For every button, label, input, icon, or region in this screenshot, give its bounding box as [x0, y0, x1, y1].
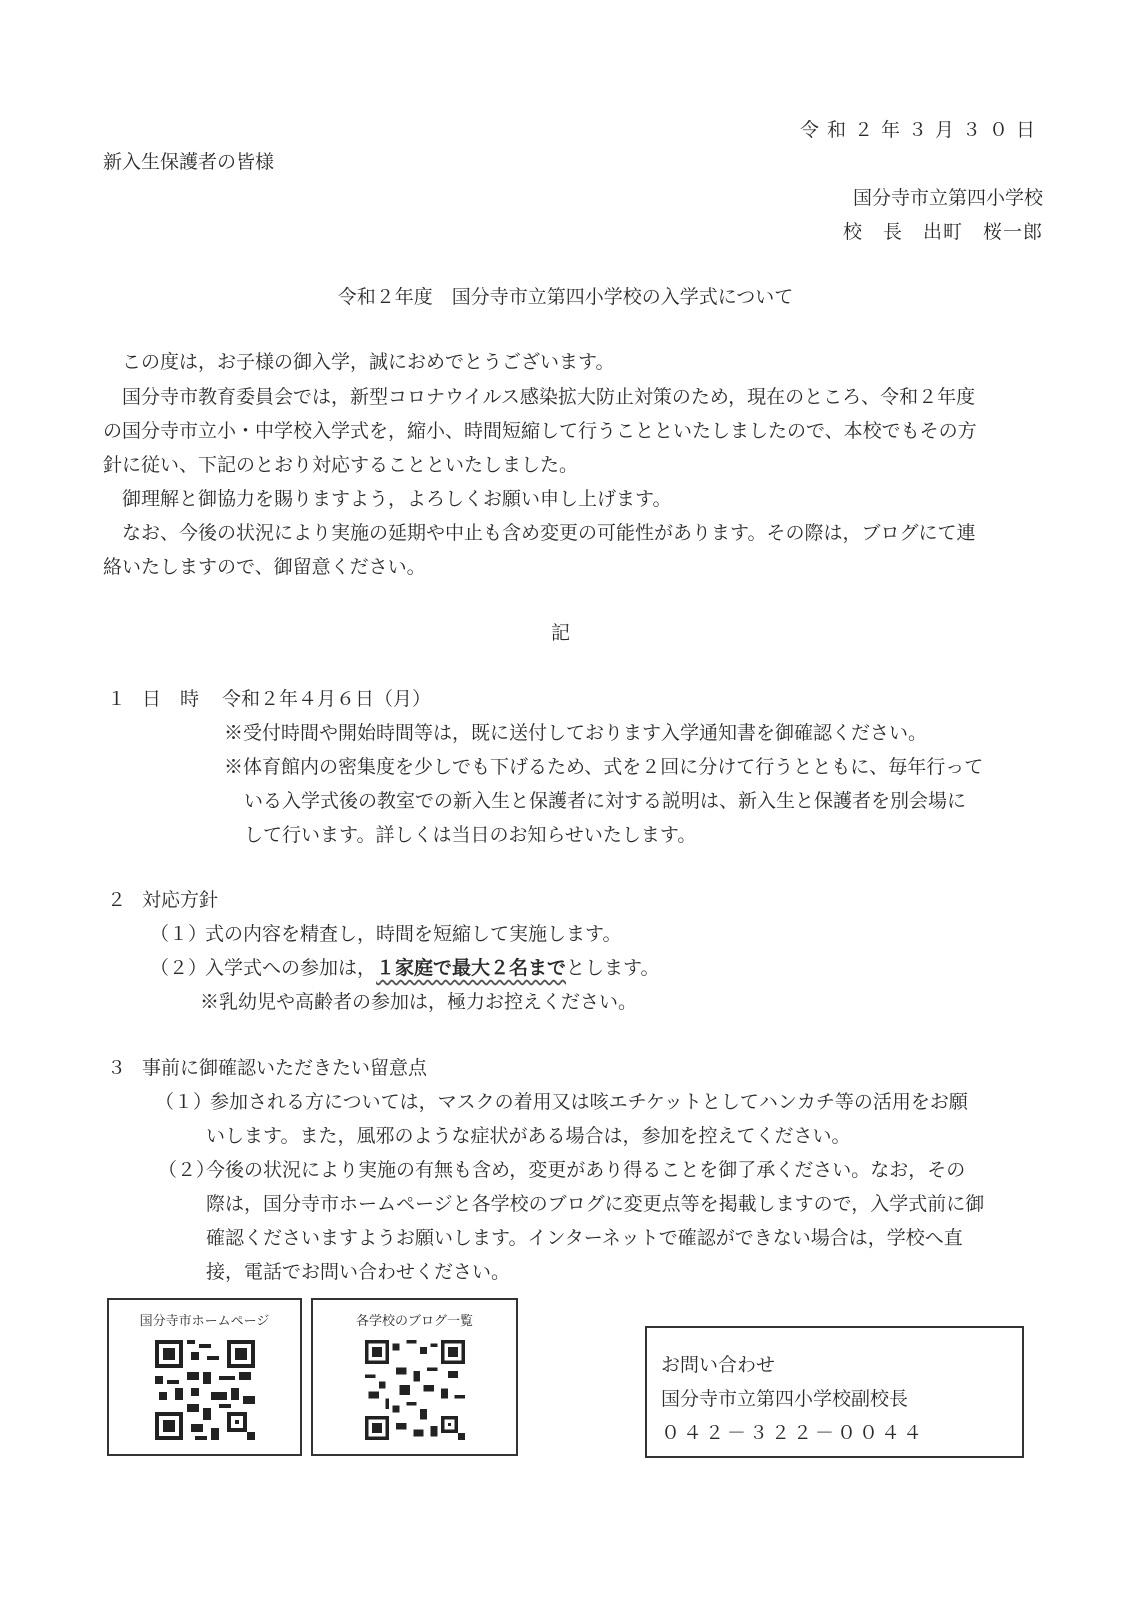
- section-3-item-label: （１）: [155, 1093, 212, 1112]
- ki-marker: 記: [551, 624, 570, 643]
- body-line: この度は，お子様の御入学，誠におめでとうございます。: [122, 353, 614, 372]
- emphasized-limit: １家庭で最大２名まで: [376, 957, 566, 979]
- contact-title: お問い合わせ: [661, 1350, 775, 1377]
- section-1-note: ※体育館内の密集度を少しでも下げるため、式を２回に分けて行うとともに、毎年行って: [224, 758, 983, 777]
- qr-code-icon[interactable]: [155, 1340, 255, 1440]
- sender-school: 国分寺市立第四小学校: [853, 189, 1043, 208]
- document-title: 令和２年度 国分寺市立第四小学校の入学式について: [0, 288, 1131, 307]
- qr-box-school-blogs: 各学校のブログ一覧: [311, 1298, 518, 1456]
- section-3-number: ３: [107, 1059, 126, 1078]
- body-line: の国分寺市立小・中学校入学式を，縮小、時間短縮して行うことといたしましたので、本…: [103, 422, 977, 441]
- section-3-item-line: 接，電話でお問い合わせください。: [206, 1263, 510, 1282]
- section-3-item-line: 際は，国分寺市ホームページと各学校のブログに変更点等を掲載しますので，入学式前に…: [206, 1195, 984, 1214]
- addressee: 新入生保護者の皆様: [103, 153, 274, 172]
- section-1-heading: 日 時: [142, 690, 199, 709]
- text-before: 入学式への参加は，: [205, 957, 376, 979]
- document-date: 令和２年３月３０日: [800, 121, 1043, 140]
- contact-phone: ０４２－３２２－００４４: [661, 1418, 925, 1445]
- section-2-note: ※乳幼児や高齢者の参加は，極力お控えください。: [200, 993, 637, 1012]
- section-3-item-line: 今後の状況により実施の有無も含め，変更があり得ることを御了承ください。なお，その: [206, 1161, 965, 1180]
- section-2-item-label: （１）: [150, 925, 207, 944]
- text-after: とします。: [566, 957, 659, 979]
- qr-code-icon[interactable]: [365, 1340, 465, 1440]
- section-3-item-line: 参加される方については，マスクの着用又は咳エチケットとしてハンカチ等の活用をお願: [210, 1093, 968, 1112]
- section-3-item-line: いします。また，風邪のような症状がある場合は，参加を控えてください。: [206, 1127, 850, 1146]
- body-line: なお、今後の状況により実施の延期や中止も含め変更の可能性があります。その際は，ブ…: [122, 524, 975, 543]
- body-line: 御理解と御協力を賜りますよう，よろしくお願い申し上げます。: [122, 490, 671, 509]
- body-line: 針に従い、下記のとおり対応することといたしました。: [103, 456, 578, 475]
- section-2-heading: 対応方針: [142, 891, 218, 910]
- section-2-item-text: 式の内容を精査し，時間を短縮して実施します。: [205, 925, 621, 944]
- section-1-note: いる入学式後の教室での新入生と保護者に対する説明は、新入生と保護者を別会場に: [244, 792, 966, 811]
- section-1-note: ※受付時間や開始時間等は，既に送付しております入学通知書を御確認ください。: [224, 724, 927, 743]
- body-line: 国分寺市教育委員会では，新型コロナウイルス感染拡大防止対策のため，現在のところ、…: [122, 388, 975, 407]
- section-3-item-line: 確認くださいますようお願いします。インターネットで確認ができない場合は，学校へ直: [206, 1229, 963, 1248]
- qr-label: 国分寺市ホームページ: [109, 1310, 300, 1329]
- section-2-item-text: 入学式への参加は，１家庭で最大２名までとします。: [205, 959, 660, 978]
- section-3-heading: 事前に御確認いただきたい留意点: [142, 1059, 427, 1078]
- section-1-note: して行います。詳しくは当日のお知らせいたします。: [244, 826, 696, 845]
- body-line: 絡いたしますので、御留意ください。: [103, 558, 426, 577]
- sender-principal: 校 長 出町 桜一郎: [843, 223, 1043, 242]
- contact-name: 国分寺市立第四小学校副校長: [661, 1384, 908, 1411]
- contact-box: お問い合わせ 国分寺市立第四小学校副校長 ０４２－３２２－００４４: [645, 1326, 1024, 1458]
- qr-box-city-homepage: 国分寺市ホームページ: [107, 1298, 302, 1456]
- section-2-number: ２: [107, 891, 126, 910]
- qr-label: 各学校のブログ一覧: [313, 1310, 516, 1329]
- section-1-number: １: [107, 690, 126, 709]
- section-2-item-label: （２）: [150, 959, 207, 978]
- section-1-value: 令和２年４月６日（月）: [222, 690, 431, 709]
